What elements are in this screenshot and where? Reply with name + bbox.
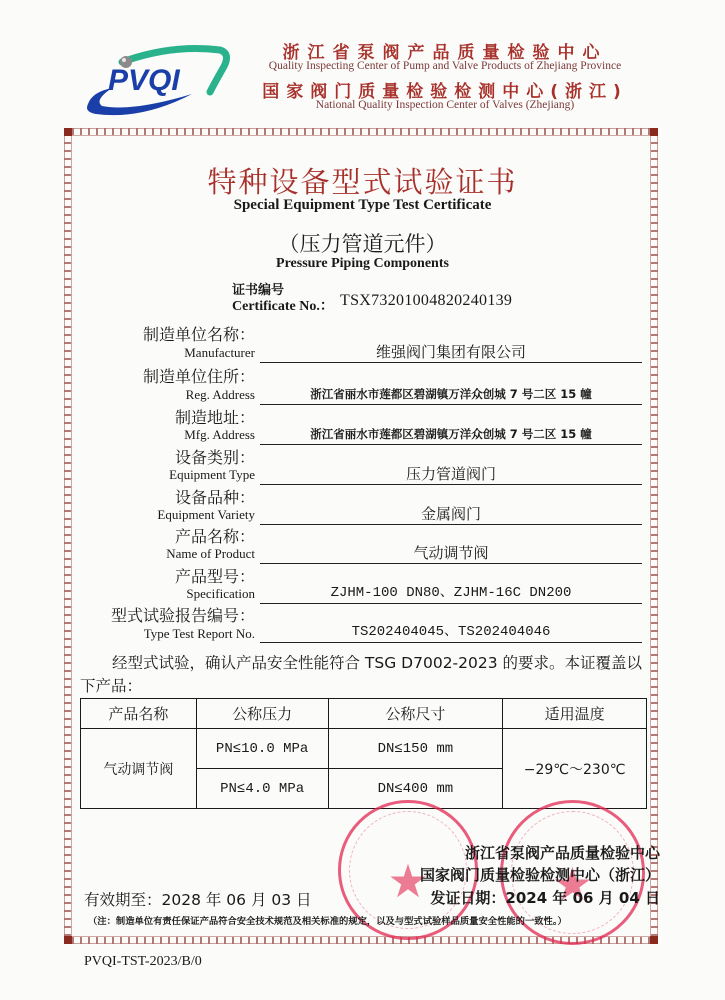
specification-label-cn: 产品型号： bbox=[175, 564, 255, 587]
mfg-address-value: 浙江省丽水市莲都区碧湖镇万洋众创城 7 号二区 15 幢 bbox=[260, 424, 642, 445]
product-name-label-cn: 产品名称： bbox=[175, 524, 255, 547]
footnote: （注：制造单位有责任保证产品符合安全技术规范及相关标准的规定，以及与型式试验样品… bbox=[88, 913, 567, 927]
table-header: 产品名称 bbox=[81, 699, 197, 729]
equipment-variety-label-cn: 设备品种： bbox=[175, 485, 255, 508]
report-no-label-cn: 型式试验报告编号： bbox=[111, 603, 255, 626]
product-name-label-en: Name of Product bbox=[166, 546, 255, 562]
table-cell-size: DN≤150 mm bbox=[328, 729, 503, 769]
specification-value: ZJHM-100 DN80、ZJHM-16C DN200 bbox=[260, 583, 642, 604]
reg-address-label-en: Reg. Address bbox=[186, 387, 255, 403]
product-name-value: 气动调节阀 bbox=[260, 543, 642, 564]
issuer-line-1: 浙江省泵阀产品质量检验中心 bbox=[380, 842, 660, 863]
org1-name-en: Quality Inspecting Center of Pump and Va… bbox=[240, 60, 650, 72]
report-no-value: TS202404045、TS202404046 bbox=[260, 622, 642, 643]
border-corner bbox=[64, 128, 72, 136]
covered-products-table: 产品名称 公称压力 公称尺寸 适用温度 气动调节阀 PN≤10.0 MPa DN… bbox=[80, 698, 647, 809]
org2-name-en: National Quality Inspection Center of Va… bbox=[240, 99, 650, 111]
equipment-variety-label-en: Equipment Variety bbox=[157, 507, 255, 523]
certificate-subtitle-en: Pressure Piping Components bbox=[0, 256, 725, 272]
table-header-row: 产品名称 公称压力 公称尺寸 适用温度 bbox=[81, 699, 647, 729]
table-header: 公称尺寸 bbox=[328, 699, 503, 729]
certificate-no-label-en: Certificate No.： bbox=[232, 295, 334, 315]
table-cell-pressure: PN≤10.0 MPa bbox=[196, 729, 328, 769]
equipment-variety-value: 金属阀门 bbox=[260, 504, 642, 525]
table-cell-product-name: 气动调节阀 bbox=[81, 729, 197, 809]
table-row: 气动调节阀 PN≤10.0 MPa DN≤150 mm −29℃～230℃ bbox=[81, 729, 647, 769]
conformity-statement: 经型式试验，确认产品安全性能符合 TSG D7002-2023 的要求。本证覆盖… bbox=[80, 652, 650, 698]
table-header: 公称压力 bbox=[196, 699, 328, 729]
certificate-subtitle-cn: （压力管道元件） bbox=[0, 228, 725, 258]
pvqi-logo: PVQI bbox=[82, 42, 242, 120]
manufacturer-label-en: Manufacturer bbox=[184, 345, 255, 361]
pvqi-logo-icon: PVQI bbox=[82, 42, 242, 120]
document-code: PVQI-TST-2023/B/0 bbox=[84, 954, 202, 970]
reg-address-value: 浙江省丽水市莲都区碧湖镇万洋众创城 7 号二区 15 幢 bbox=[260, 384, 642, 405]
certificate-title-cn: 特种设备型式试验证书 bbox=[0, 160, 725, 201]
table-cell-temperature: −29℃～230℃ bbox=[503, 729, 647, 809]
mfg-address-label-cn: 制造地址： bbox=[175, 405, 255, 428]
border-corner bbox=[64, 936, 72, 944]
validity-date: 有效期至：2028 年 06 月 03 日 bbox=[84, 888, 312, 910]
equipment-type-label-en: Equipment Type bbox=[169, 467, 255, 483]
specification-label-en: Specification bbox=[186, 586, 255, 602]
equipment-type-label-cn: 设备类别： bbox=[175, 445, 255, 468]
reg-address-label-cn: 制造单位住所： bbox=[143, 364, 255, 387]
table-header: 适用温度 bbox=[503, 699, 647, 729]
manufacturer-value: 维强阀门集团有限公司 bbox=[260, 342, 642, 363]
table-cell-pressure: PN≤4.0 MPa bbox=[196, 769, 328, 809]
issuer-line-2: 国家阀门质量检验检测中心（浙江） bbox=[380, 864, 660, 885]
issue-date: 发证日期：2024 年 06 月 04 日 bbox=[380, 887, 660, 908]
report-no-label-en: Type Test Report No. bbox=[144, 626, 255, 642]
logo-text: PVQI bbox=[108, 64, 180, 97]
equipment-type-value: 压力管道阀门 bbox=[260, 464, 642, 485]
border-corner bbox=[650, 128, 658, 136]
manufacturer-label-cn: 制造单位名称： bbox=[143, 322, 255, 345]
certificate-number: TSX73201004820240139 bbox=[340, 292, 512, 310]
border-corner bbox=[650, 936, 658, 944]
certificate-title-en: Special Equipment Type Test Certificate bbox=[0, 197, 725, 214]
mfg-address-label-en: Mfg. Address bbox=[184, 427, 255, 443]
